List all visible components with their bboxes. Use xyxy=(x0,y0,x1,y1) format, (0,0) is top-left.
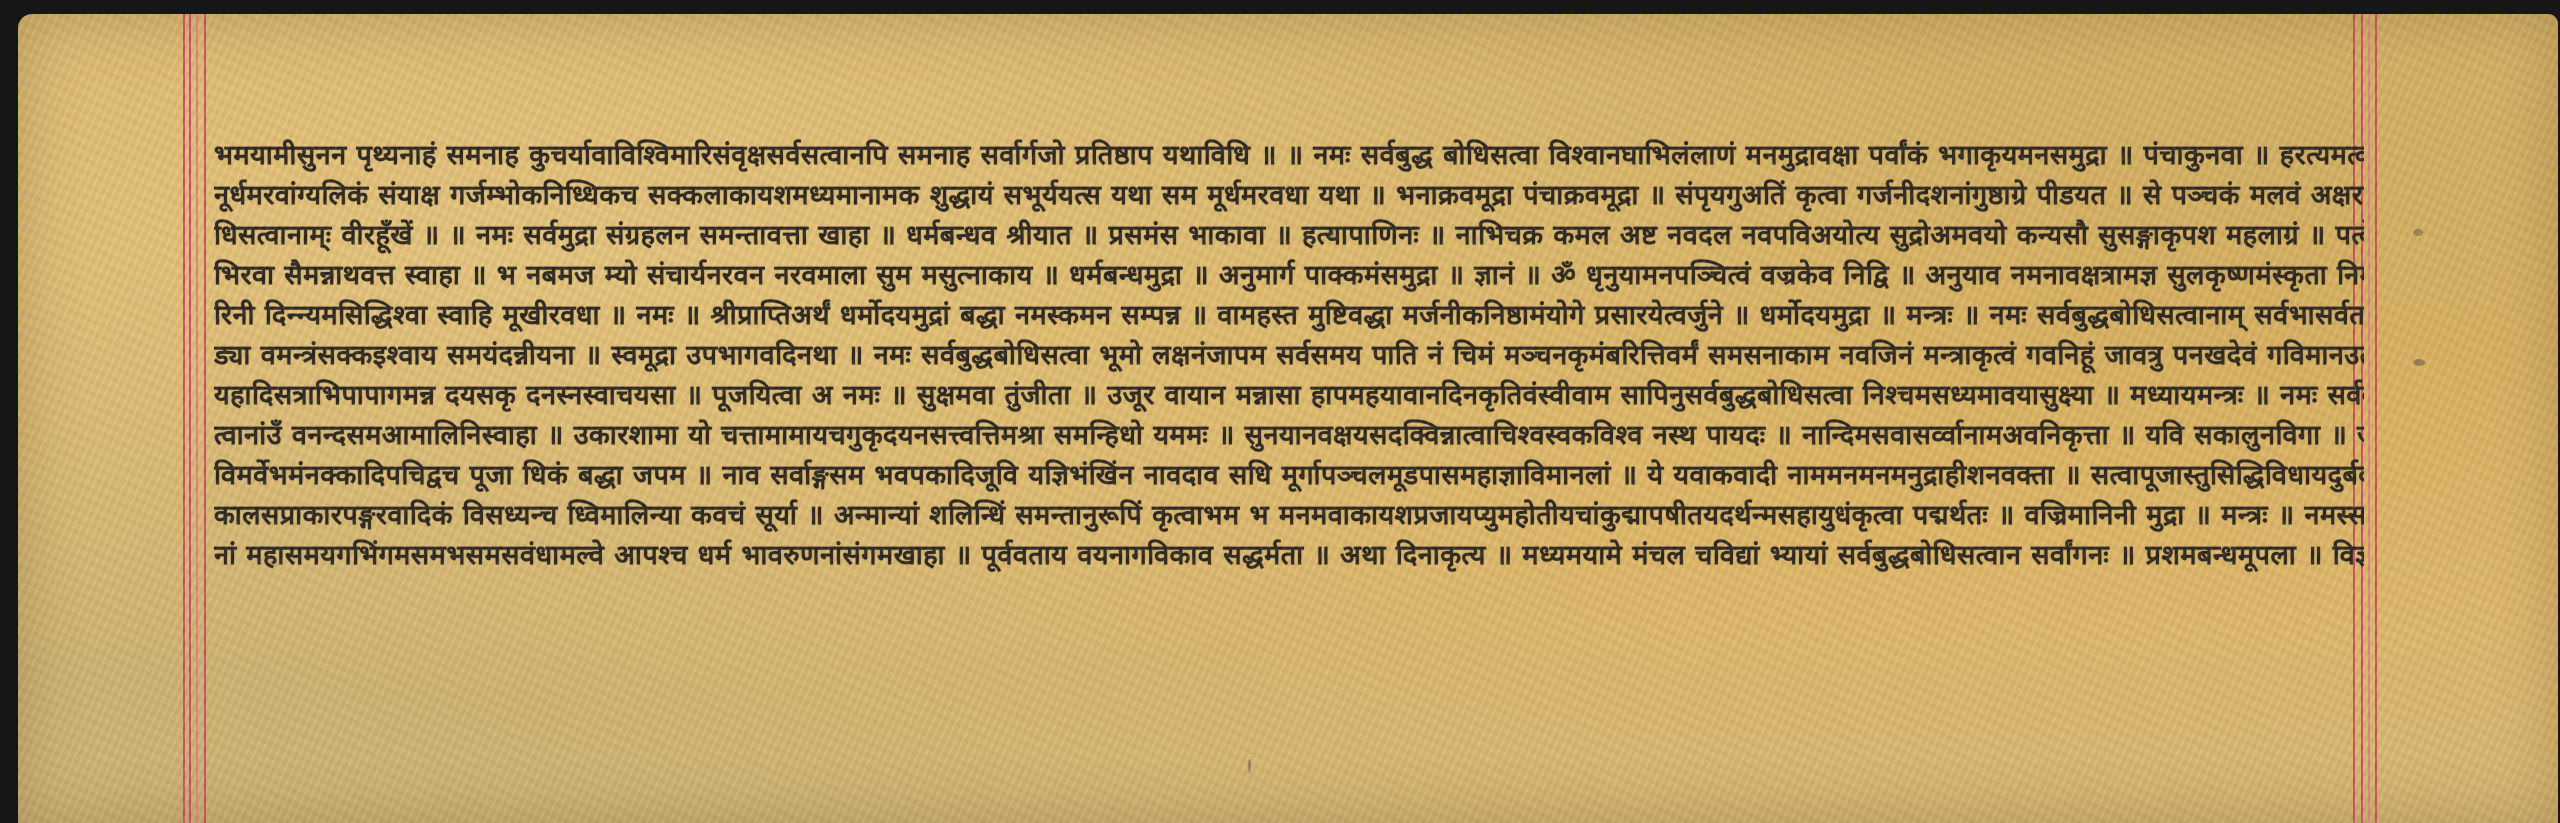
ink-spot xyxy=(2413,229,2423,236)
manuscript-leaf: भमयामीसुनन पृथ्यनाहं समनाह कुचर्यावाविश्… xyxy=(18,14,2558,823)
manuscript-text: भमयामीसुनन पृथ्यनाहं समनाह कुचर्यावाविश्… xyxy=(214,136,2364,576)
text-line-9: विमर्वेभमंनक्कादिपचिद्वच पूजा धिकं बद्धा… xyxy=(214,456,2364,496)
right-margin-rule xyxy=(2368,14,2370,823)
text-line-3: धिसत्वानाम्ः वीरहूँखें ॥ ॥ नमः सर्वमुद्र… xyxy=(214,216,2364,256)
ink-spot xyxy=(2413,359,2425,366)
photo-frame: भमयामीसुनन पृथ्यनाहं समनाह कुचर्यावाविश्… xyxy=(0,0,2560,823)
text-line-11: नां महासमयगभिंगमसमभसमसवंधामल्वे आपश्च धर… xyxy=(214,536,2364,576)
left-margin-rule xyxy=(189,14,191,823)
left-margin-rule xyxy=(183,14,185,823)
text-line-2: नूर्धमरवांग्यलिकं संयाक्ष गर्जम्भोकनिध्ध… xyxy=(214,176,2364,216)
text-line-7: यहादिसत्राभिपापागमन्न दयसकृ दनस्नस्वाचयस… xyxy=(214,376,2364,416)
right-margin-rule xyxy=(2375,14,2377,823)
left-margin-rule xyxy=(204,14,206,823)
text-line-6: ड्या वमन्त्रंसक्कइश्वाय समयंदन्नीयना ॥ स… xyxy=(214,336,2364,376)
text-line-8: त्वानांउँ वनन्दसमआमालिनिस्वाहा ॥ उकारशाम… xyxy=(214,416,2364,456)
ink-spot xyxy=(1248,759,1251,773)
text-line-5: रिनी दिन्न्यमसिद्धिश्वा स्वाहि मूखीरवधा … xyxy=(214,296,2364,336)
text-line-10: कालसप्राकारपङ्गरवादिकं विसध्यन्च ध्विमाल… xyxy=(214,496,2364,536)
left-margin-rule xyxy=(196,14,198,823)
text-line-1: भमयामीसुनन पृथ्यनाहं समनाह कुचर्यावाविश्… xyxy=(214,136,2364,176)
text-line-4: भिरवा सैमन्नाथवत्त स्वाहा ॥ भ नबमज म्यो … xyxy=(214,256,2364,296)
